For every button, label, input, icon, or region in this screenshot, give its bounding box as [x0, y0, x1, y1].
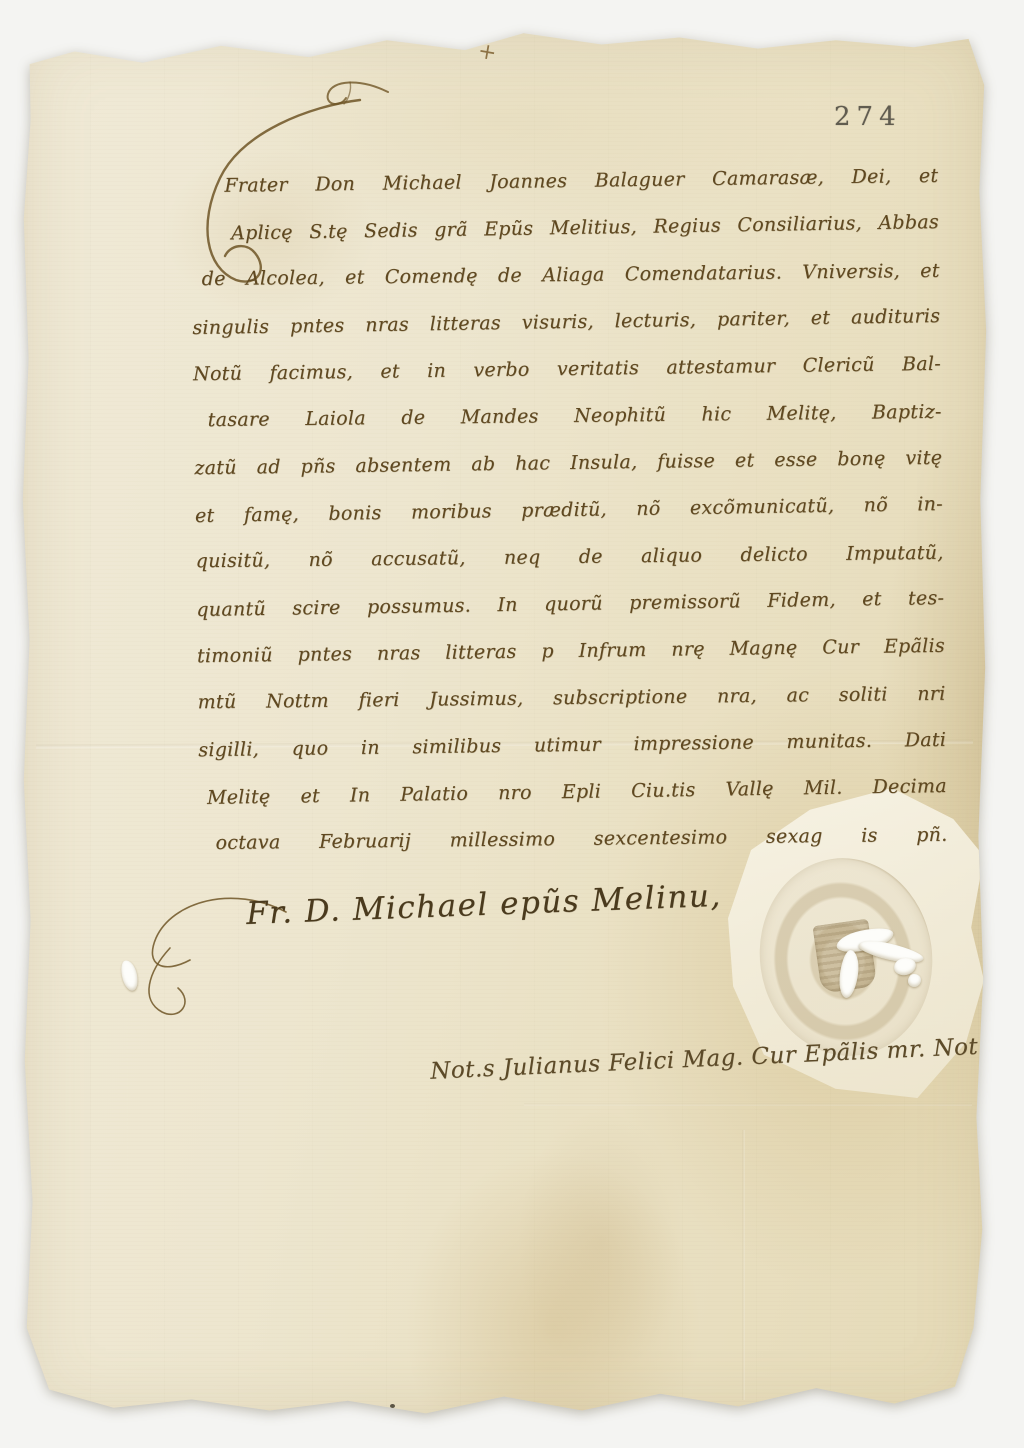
fold-crease-horizontal-lower: [524, 1103, 973, 1106]
manuscript-line: tasare Laiola de Mandes Neophitũ hic Mel…: [193, 389, 941, 444]
scan-background: + 274 Frater Don Michael Joannes Balague…: [0, 0, 1024, 1448]
bishop-signature: Fr. D. Michael epũs Melinu,: [246, 876, 767, 932]
paper-sheet: + 274 Frater Don Michael Joannes Balague…: [16, 22, 992, 1426]
paper-speck: [140, 1412, 143, 1415]
heading-cross-mark: +: [476, 39, 498, 67]
paper-speck: [310, 1410, 312, 1412]
folio-number-stamp: 274: [834, 102, 902, 132]
manuscript-line: mtũ Nottm fieri Jussimus, subscriptione …: [197, 671, 945, 726]
paper-speck: [240, 1408, 243, 1410]
manuscript-page: + 274 Frater Don Michael Joannes Balague…: [0, 0, 1024, 1448]
manuscript-line: octava Februarij millessimo sexcentesimo…: [199, 812, 947, 867]
paper-speck: [390, 1404, 395, 1408]
fold-crease-vertical: [742, 1130, 745, 1400]
letter-body: Frater Don Michael Joannes Balaguer Cama…: [190, 153, 948, 868]
paper-speck: [402, 1412, 410, 1417]
